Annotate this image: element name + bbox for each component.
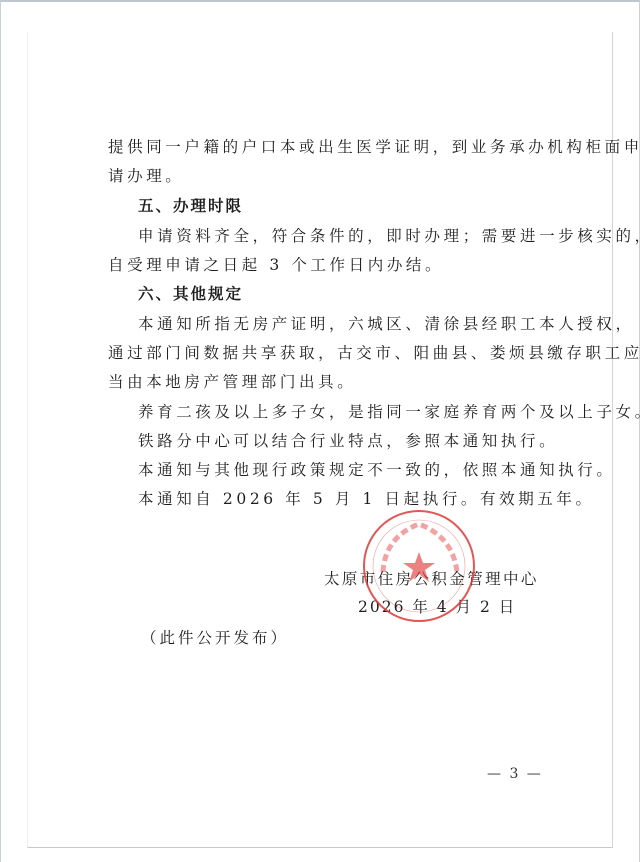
paragraph-line: 提供同一户籍的户口本或出生医学证明，到业务承办机构柜面申 [108, 135, 640, 157]
paragraph-line: 本通知自 2026 年 5 月 1 日起执行。有效期五年。 [138, 487, 595, 509]
paragraph-line: 通过部门间数据共享获取，古交市、阳曲县、娄烦县缴存职工应 [108, 341, 640, 363]
section-heading-5: 五、办理时限 [138, 194, 243, 216]
publication-note: （此件公开发布） [141, 626, 289, 648]
section-heading-6: 六、其他规定 [138, 282, 243, 304]
paragraph-line: 申请资料齐全，符合条件的，即时办理；需要进一步核实的， [138, 224, 640, 246]
paragraph-line: 本通知所指无房产证明，六城区、清徐县经职工本人授权， [138, 312, 635, 334]
paragraph-line: 自受理申请之日起 3 个工作日内办结。 [108, 253, 444, 275]
star-icon [365, 512, 473, 620]
paragraph-line: 请办理。 [108, 164, 184, 186]
paragraph-line: 养育二孩及以上多子女，是指同一家庭养育两个及以上子女。 [138, 400, 640, 422]
paragraph-line: 当由本地房产管理部门出具。 [108, 370, 356, 392]
official-seal-stamp [363, 510, 475, 622]
page-number: — 3 — [487, 766, 543, 782]
document-page: 提供同一户籍的户口本或出生医学证明，到业务承办机构柜面申 请办理。 五、办理时限… [27, 32, 613, 848]
paragraph-line: 铁路分中心可以结合行业特点，参照本通知执行。 [138, 429, 558, 451]
paragraph-line: 本通知与其他现行政策规定不一致的，依照本通知执行。 [138, 458, 616, 480]
